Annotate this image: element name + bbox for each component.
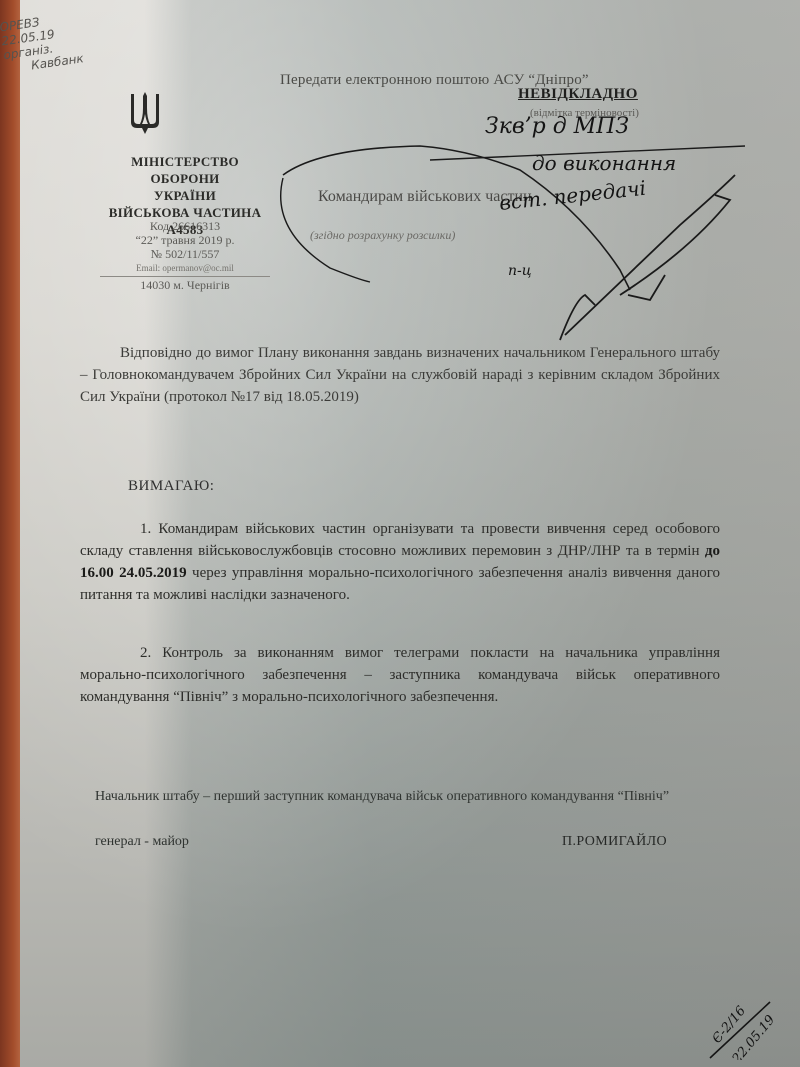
item2-text: 2. Контроль за виконанням вимог телеграм… — [80, 645, 720, 705]
registration-mark: Є-2/16 22.05.19 — [700, 1000, 790, 1060]
require-heading: ВИМАГАЮ: — [128, 478, 214, 495]
order-item-2: 2. Контроль за виконанням вимог телеграм… — [80, 642, 720, 708]
ministry-country: УКРАЇНИ — [100, 187, 270, 204]
sender-email: Email: opermanov@oc.mil — [100, 261, 270, 277]
item1-text: 1. Командирам військових частин організу… — [80, 521, 720, 559]
signatory-name: П.РОМИГАЙЛО — [562, 834, 667, 850]
order-item-1: 1. Командирам військових частин організу… — [80, 518, 720, 606]
sender-code: Код 26616313 — [100, 219, 270, 233]
addressee: Командирам військових частин — [318, 188, 532, 206]
table-edge — [0, 0, 22, 1067]
addressee-note: (згідно розрахунку розсилки) — [310, 228, 455, 243]
signatory-title: Начальник штабу – перший заступник коман… — [95, 789, 725, 805]
urgency-note: (відмітка терміновості) — [530, 107, 639, 119]
sender-city: 14030 м. Чернігів — [100, 278, 270, 292]
signatory-rank: генерал - майор — [95, 834, 189, 850]
document-number: № 502/11/557 — [100, 247, 270, 261]
intro-text: Відповідно до вимог Плану виконання завд… — [80, 345, 720, 405]
intro-paragraph: Відповідно до вимог Плану виконання завд… — [80, 342, 720, 408]
trident-coat-of-arms-icon — [128, 90, 162, 136]
document-date: “22” травня 2019 р. — [100, 233, 270, 247]
sender-details: Код 26616313 “22” травня 2019 р. № 502/1… — [100, 219, 270, 292]
urgency-label: НЕВІДКЛАДНО — [518, 86, 638, 103]
ministry-name: МІНІСТЕРСТВО ОБОРОНИ — [100, 153, 270, 187]
